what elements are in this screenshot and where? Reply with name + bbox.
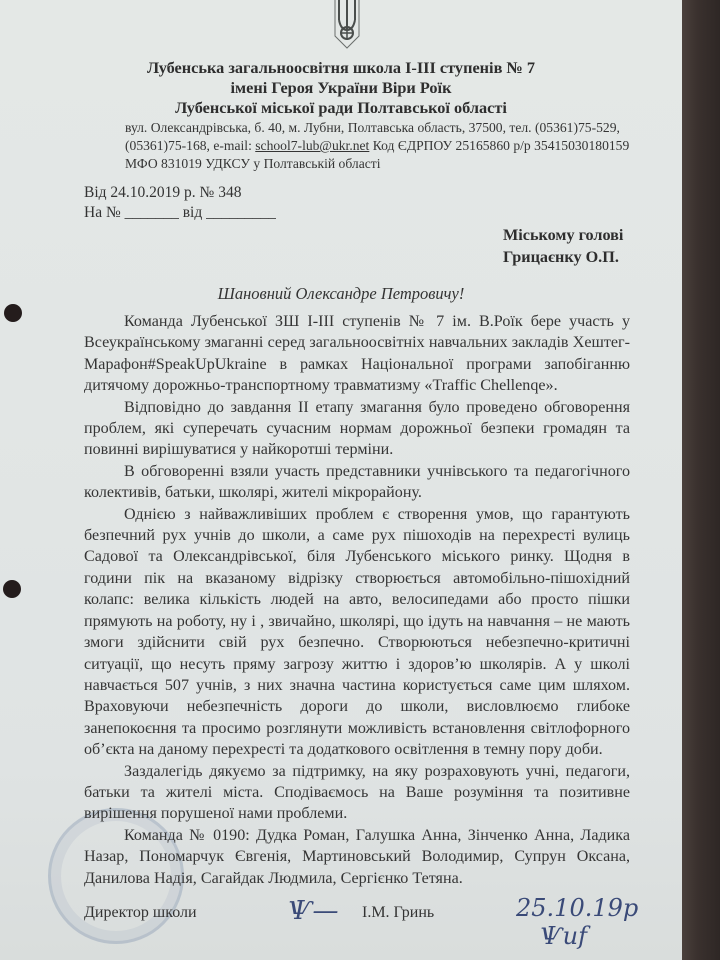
paragraph-3: В обговоренні взяли участь представники … xyxy=(84,461,630,504)
school-name-line1: Лубенська загальноосвітня школа І-ІІІ ст… xyxy=(0,58,682,78)
punch-hole-top xyxy=(4,304,22,322)
paragraph-6: Команда № 0190: Дудка Роман, Галушка Анн… xyxy=(84,825,630,889)
school-name-line3: Лубенської міської ради Полтавської обла… xyxy=(0,98,682,118)
incoming-ref: На № _______ від _________ xyxy=(84,204,276,222)
signatory-name: І.М. Гринь xyxy=(362,904,434,922)
paragraph-4: Однією з найважливіших проблем є створен… xyxy=(84,504,630,761)
outgoing-ref: Від 24.10.2019 р. № 348 xyxy=(84,184,241,202)
recipient-title: Міському голові xyxy=(503,226,623,245)
address-line1: вул. Олександрівська, б. 40, м. Лубни, П… xyxy=(125,120,620,136)
email-link[interactable]: school7-lub@ukr.net xyxy=(255,138,369,153)
table-surface xyxy=(682,0,720,960)
paragraph-1: Команда Лубенської ЗШ І-ІІІ ступенів № 7… xyxy=(84,311,630,397)
school-name-line2: імені Героя України Віри Роїк xyxy=(0,78,682,98)
letter-body: Команда Лубенської ЗШ І-ІІІ ступенів № 7… xyxy=(84,311,630,889)
punch-hole-bottom xyxy=(3,580,21,598)
document-page: Лубенська загальноосвітня школа І-ІІІ ст… xyxy=(0,0,682,960)
signatory-title: Директор школи xyxy=(84,904,197,922)
address-line2: (05361)75-168, e-mail: school7-lub@ukr.n… xyxy=(125,138,629,154)
paragraph-5: Заздалегідь дякуємо за підтримку, на яку… xyxy=(84,761,630,825)
handwritten-initials: Ѱиf xyxy=(540,922,587,950)
address-line3: МФО 831019 УДКСУ у Полтавській області xyxy=(125,156,381,172)
director-signature: Ѱ— xyxy=(288,896,339,926)
handwritten-date: 25.10.19р xyxy=(516,894,638,922)
greeting: Шановний Олександре Петровичу! xyxy=(0,284,682,304)
recipient-name: Грицаєнку О.П. xyxy=(503,248,619,267)
coat-of-arms-icon xyxy=(333,0,361,50)
paragraph-2: Відповідно до завдання ІІ етапу змагання… xyxy=(84,397,630,461)
